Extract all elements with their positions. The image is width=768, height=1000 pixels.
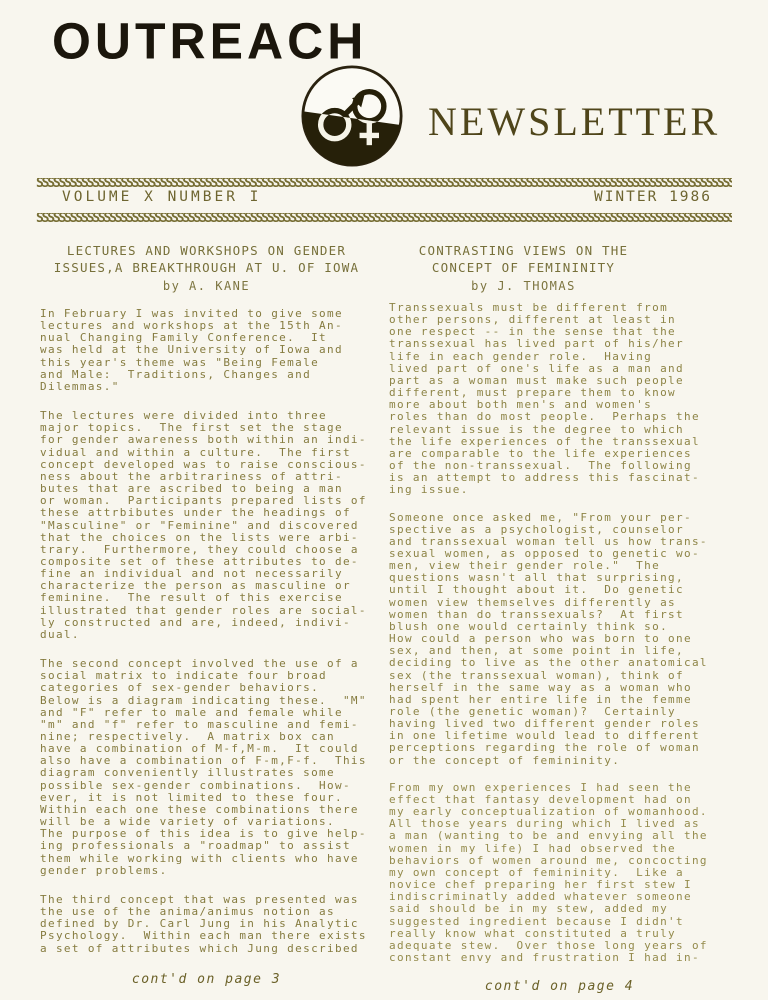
- article-right-paragraph: Someone once asked me, "From your per- s…: [389, 512, 730, 767]
- article-left-paragraph: In February I was invited to give some l…: [40, 308, 373, 393]
- article-right-title: CONTRASTING VIEWS ON THE CONCEPT OF FEMI…: [389, 243, 730, 276]
- article-left-byline: by A. KANE: [40, 279, 373, 293]
- newsletter-page: OUTREACH: [0, 0, 768, 1000]
- issue-date-label: WINTER 1986: [594, 189, 712, 205]
- continuation-note-right: cont'd on page 4: [389, 979, 730, 994]
- article-columns: LECTURES AND WORKSHOPS ON GENDER ISSUES,…: [40, 241, 730, 994]
- article-left: LECTURES AND WORKSHOPS ON GENDER ISSUES,…: [40, 241, 373, 994]
- rope-divider-bottom: SSSSSSSSSSSSSSSSSSSSSSSSSSSSSSSSSSSSSSSS…: [36, 213, 732, 226]
- article-right: CONTRASTING VIEWS ON THE CONCEPT OF FEMI…: [389, 241, 730, 994]
- article-left-paragraph: The third concept that was presented was…: [40, 894, 373, 955]
- volume-number-label: VOLUME X NUMBER I: [62, 189, 261, 205]
- article-left-paragraph: The second concept involved the use of a…: [40, 658, 373, 877]
- gender-symbols-icon: [298, 62, 406, 170]
- article-right-byline: by J. THOMAS: [389, 279, 730, 293]
- masthead-wordmark: NEWSLETTER: [428, 98, 720, 145]
- article-right-paragraph: Transsexuals must be different from othe…: [389, 302, 730, 497]
- article-right-paragraph: From my own experiences I had seen the e…: [389, 782, 730, 964]
- issue-bar: VOLUME X NUMBER I WINTER 1986: [0, 189, 768, 211]
- article-left-title: LECTURES AND WORKSHOPS ON GENDER ISSUES,…: [40, 243, 373, 276]
- article-left-paragraph: The lectures were divided into three maj…: [40, 410, 373, 641]
- continuation-note-left: cont'd on page 3: [40, 972, 373, 987]
